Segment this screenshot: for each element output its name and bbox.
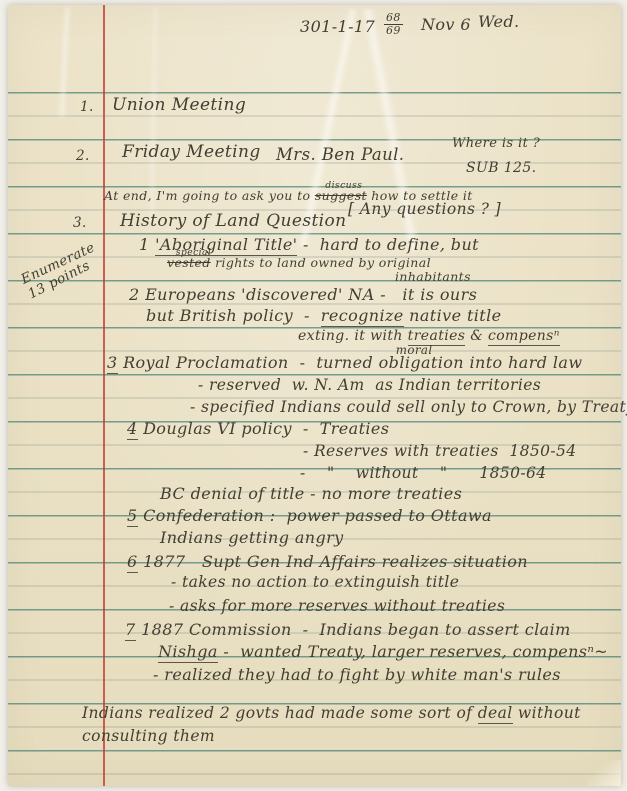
point-5-sub: Indians getting angry bbox=[160, 529, 344, 547]
text-run: 1. bbox=[80, 99, 94, 115]
text-run: Indians realized 2 govts had made some s… bbox=[82, 704, 478, 722]
scanned-note-page: 301-1-176869Nov 6Wed.1.Union Meeting2.Fr… bbox=[0, 0, 627, 791]
bc-denial-note: BC denial of title - no more treaties bbox=[160, 485, 462, 503]
item-2-title: Friday Meeting bbox=[122, 143, 261, 162]
text-run: [ Any questions ? ] bbox=[348, 200, 501, 218]
header-term-fraction: 6869 bbox=[384, 12, 403, 36]
text-run: 5 bbox=[127, 506, 138, 527]
text-run: Nishga bbox=[158, 642, 218, 663]
point-3-sub-1: - reserved w. N. Am as Indian territorie… bbox=[198, 377, 541, 394]
text-run: 6 bbox=[127, 552, 138, 573]
text-run: - wanted Treaty, larger reserves, compen… bbox=[218, 642, 608, 661]
point-7-sub-1: Nishga - wanted Treaty, larger reserves,… bbox=[158, 643, 608, 661]
text-run: 1887 Commission - Indians began to asser… bbox=[136, 620, 571, 639]
point-3-sub-2: - specified Indians could sell only to C… bbox=[190, 399, 627, 416]
text-run: inhabitants bbox=[395, 269, 471, 284]
text-run: Indians getting angry bbox=[160, 528, 344, 547]
point-4: 4 Douglas VI policy - Treaties bbox=[127, 420, 389, 438]
text-run: History of Land Question bbox=[120, 211, 347, 231]
text-run: 301-1-17 bbox=[300, 17, 375, 36]
text-run: Friday Meeting bbox=[122, 142, 261, 162]
text-run: 1877 Supt Gen Ind Affairs realizes situa… bbox=[138, 552, 528, 571]
text-run: Confederation : power passed to Ottawa bbox=[138, 506, 492, 525]
text-run: BC denial of title - no more treaties bbox=[160, 484, 462, 503]
text-run: 7 bbox=[125, 620, 136, 641]
point-4-sub-2: - " without " 1850-64 bbox=[300, 465, 547, 482]
text-run: Nov 6 bbox=[421, 15, 471, 34]
point-6-sub-1: - takes no action to extinguish title bbox=[171, 574, 459, 591]
red-margin-line bbox=[103, 5, 105, 786]
text-run: - Reserves with treaties 1850-54 bbox=[303, 442, 577, 460]
point-7: 7 1887 Commission - Indians began to ass… bbox=[125, 621, 571, 639]
text-run: Mrs. Ben Paul. bbox=[276, 145, 404, 164]
text-run: Royal Proclamation - turned bbox=[118, 353, 379, 372]
header-day: Wed. bbox=[478, 13, 520, 31]
text-run: 4 bbox=[127, 419, 138, 440]
text-run: rights to land owned by original bbox=[211, 255, 431, 270]
text-run: Union Meeting bbox=[112, 95, 246, 115]
inserted-word: discuss bbox=[325, 181, 362, 191]
item-1-number: 1. bbox=[80, 100, 94, 115]
text-run: recognize bbox=[321, 306, 404, 327]
text-run: - takes no action to extinguish title bbox=[171, 573, 459, 591]
text-run: - specified Indians could sell only to C… bbox=[190, 398, 627, 416]
text-run: Douglas VI policy - Treaties bbox=[138, 419, 390, 438]
point-6: 6 1877 Supt Gen Ind Affairs realizes sit… bbox=[127, 553, 528, 571]
fraction-denominator: 69 bbox=[386, 25, 401, 37]
header-course-code: 301-1-17 bbox=[300, 18, 375, 36]
point-6-sub-2: - asks for more reserves without treatie… bbox=[169, 598, 505, 615]
point-2-sub-1: but British policy - recognize native ti… bbox=[146, 307, 502, 325]
header-date: Nov 6 bbox=[421, 16, 471, 34]
fraction: 6869 bbox=[384, 12, 403, 36]
point-4-sub-1: - Reserves with treaties 1850-54 bbox=[303, 443, 577, 460]
text-run: into hard law bbox=[464, 353, 582, 372]
text-run: - reserved w. N. Am as Indian territorie… bbox=[198, 376, 541, 394]
text-run: exting. it with bbox=[298, 328, 408, 344]
text-run: & bbox=[465, 328, 488, 344]
text-run: - asks for more reserves without treatie… bbox=[169, 597, 505, 615]
item-3-title: History of Land Question bbox=[120, 212, 347, 231]
text-run: 2 Europeans 'discovered' NA - it is ours bbox=[129, 285, 477, 304]
room-note: SUB 125. bbox=[466, 161, 537, 177]
text-run: Where is it ? bbox=[452, 136, 540, 151]
item-1-title: Union Meeting bbox=[112, 96, 246, 115]
text-run: native title bbox=[404, 306, 502, 325]
point-3: 3 Royal Proclamation - turned moraloblig… bbox=[107, 354, 582, 372]
point-7-sub-2: - realized they had to fight by white ma… bbox=[153, 666, 561, 684]
text-run: Wed. bbox=[478, 12, 520, 31]
item-2-speaker: Mrs. Ben Paul. bbox=[276, 146, 404, 164]
point-5: 5 Confederation : power passed to Ottawa bbox=[127, 507, 492, 525]
paper: 301-1-176869Nov 6Wed.1.Union Meeting2.Fr… bbox=[8, 5, 621, 786]
text-run: but British policy - bbox=[146, 306, 321, 325]
closing-note-1: Indians realized 2 govts had made some s… bbox=[82, 705, 581, 722]
text-run: without bbox=[513, 704, 581, 722]
fraction-numerator: 68 bbox=[384, 12, 403, 25]
text-run: - realized they had to fight by white ma… bbox=[153, 665, 561, 684]
text-run: 3 bbox=[107, 353, 118, 374]
point-2: 2 Europeans 'discovered' NA - it is ours bbox=[129, 286, 477, 304]
text-run: consulting them bbox=[82, 727, 215, 745]
text-run: - hard to define, but bbox=[297, 235, 479, 254]
point-1-sub-1: specialvested rights to land owned by or… bbox=[167, 256, 431, 270]
text-run: deal bbox=[478, 704, 513, 724]
inserted-word-stack: specialvested bbox=[167, 256, 211, 270]
where-is-it-note: Where is it ? bbox=[452, 137, 540, 152]
point-1-sub-2: inhabitants bbox=[395, 270, 471, 284]
text-run: 2. bbox=[76, 148, 90, 164]
text-run: - " without " 1850-64 bbox=[300, 464, 547, 482]
text-run: SUB 125. bbox=[466, 160, 537, 176]
inserted-word: special bbox=[176, 248, 212, 258]
inserted-word: moral bbox=[396, 344, 433, 357]
text-run: 1 bbox=[139, 235, 155, 254]
text-run: At end, I'm going to ask you to bbox=[104, 188, 315, 203]
text-run: compensⁿ bbox=[488, 328, 560, 346]
inserted-word-stack: moralobligation bbox=[379, 354, 464, 372]
any-questions-note: [ Any questions ? ] bbox=[348, 201, 501, 218]
item-3-number: 3. bbox=[73, 216, 87, 231]
item-2-number: 2. bbox=[76, 149, 90, 164]
closing-note-2: consulting them bbox=[82, 728, 215, 745]
text-run: 3. bbox=[73, 215, 87, 231]
